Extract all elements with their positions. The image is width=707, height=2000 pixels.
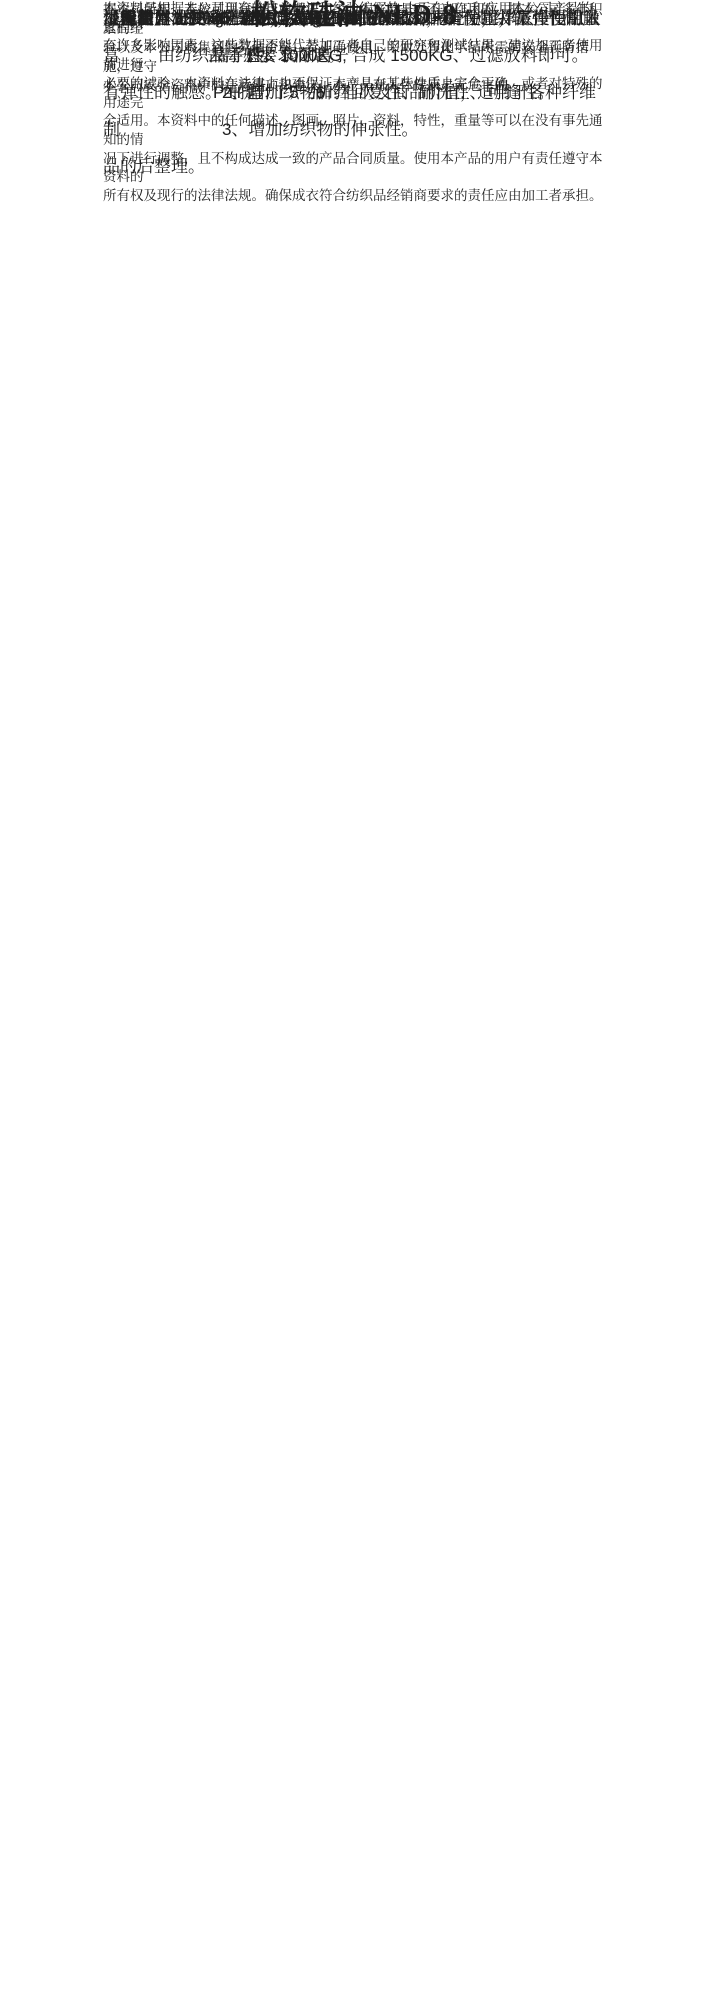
disclaimer-line: 况下进行调整，且不构成达成一致的产品合同质量。使用本产品的用户有责任遵守本资料的	[103, 150, 605, 187]
disclaimer-line: 有许多影响因素，这些数据不能代替加工者自己的研究和测试结果，建议加工者使用前进行	[103, 37, 605, 74]
datasheet-page: 松软硅油 NLD-8 本产品是一种含有有机硅高级织物的整理剂，具有超级软、平滑、…	[0, 0, 707, 2000]
disclaimer-line: 必要的试验。本资料在法律上也不保证本产品在某些性质上完全正确，或者对特殊的用途完	[103, 75, 605, 112]
disclaimer-paragraph: 本资料是根据本公司现有的技术知识和经验编写的.由于在加工和应用本公司产品的过程中…	[103, 0, 605, 206]
disclaimer-line: 所有权及现行的法律法规。确保成衣符合纺织品经销商要求的责任应由加工者承担。	[103, 187, 605, 206]
disclaimer-line: 本资料是根据本公司现有的技术知识和经验编写的.由于在加工和应用本公司产品的过程中	[103, 0, 605, 37]
disclaimer-line: 全适用。本资料中的任何描述、图画、照片、资料，特性，重量等可以在没有事先通知的情	[103, 112, 605, 149]
